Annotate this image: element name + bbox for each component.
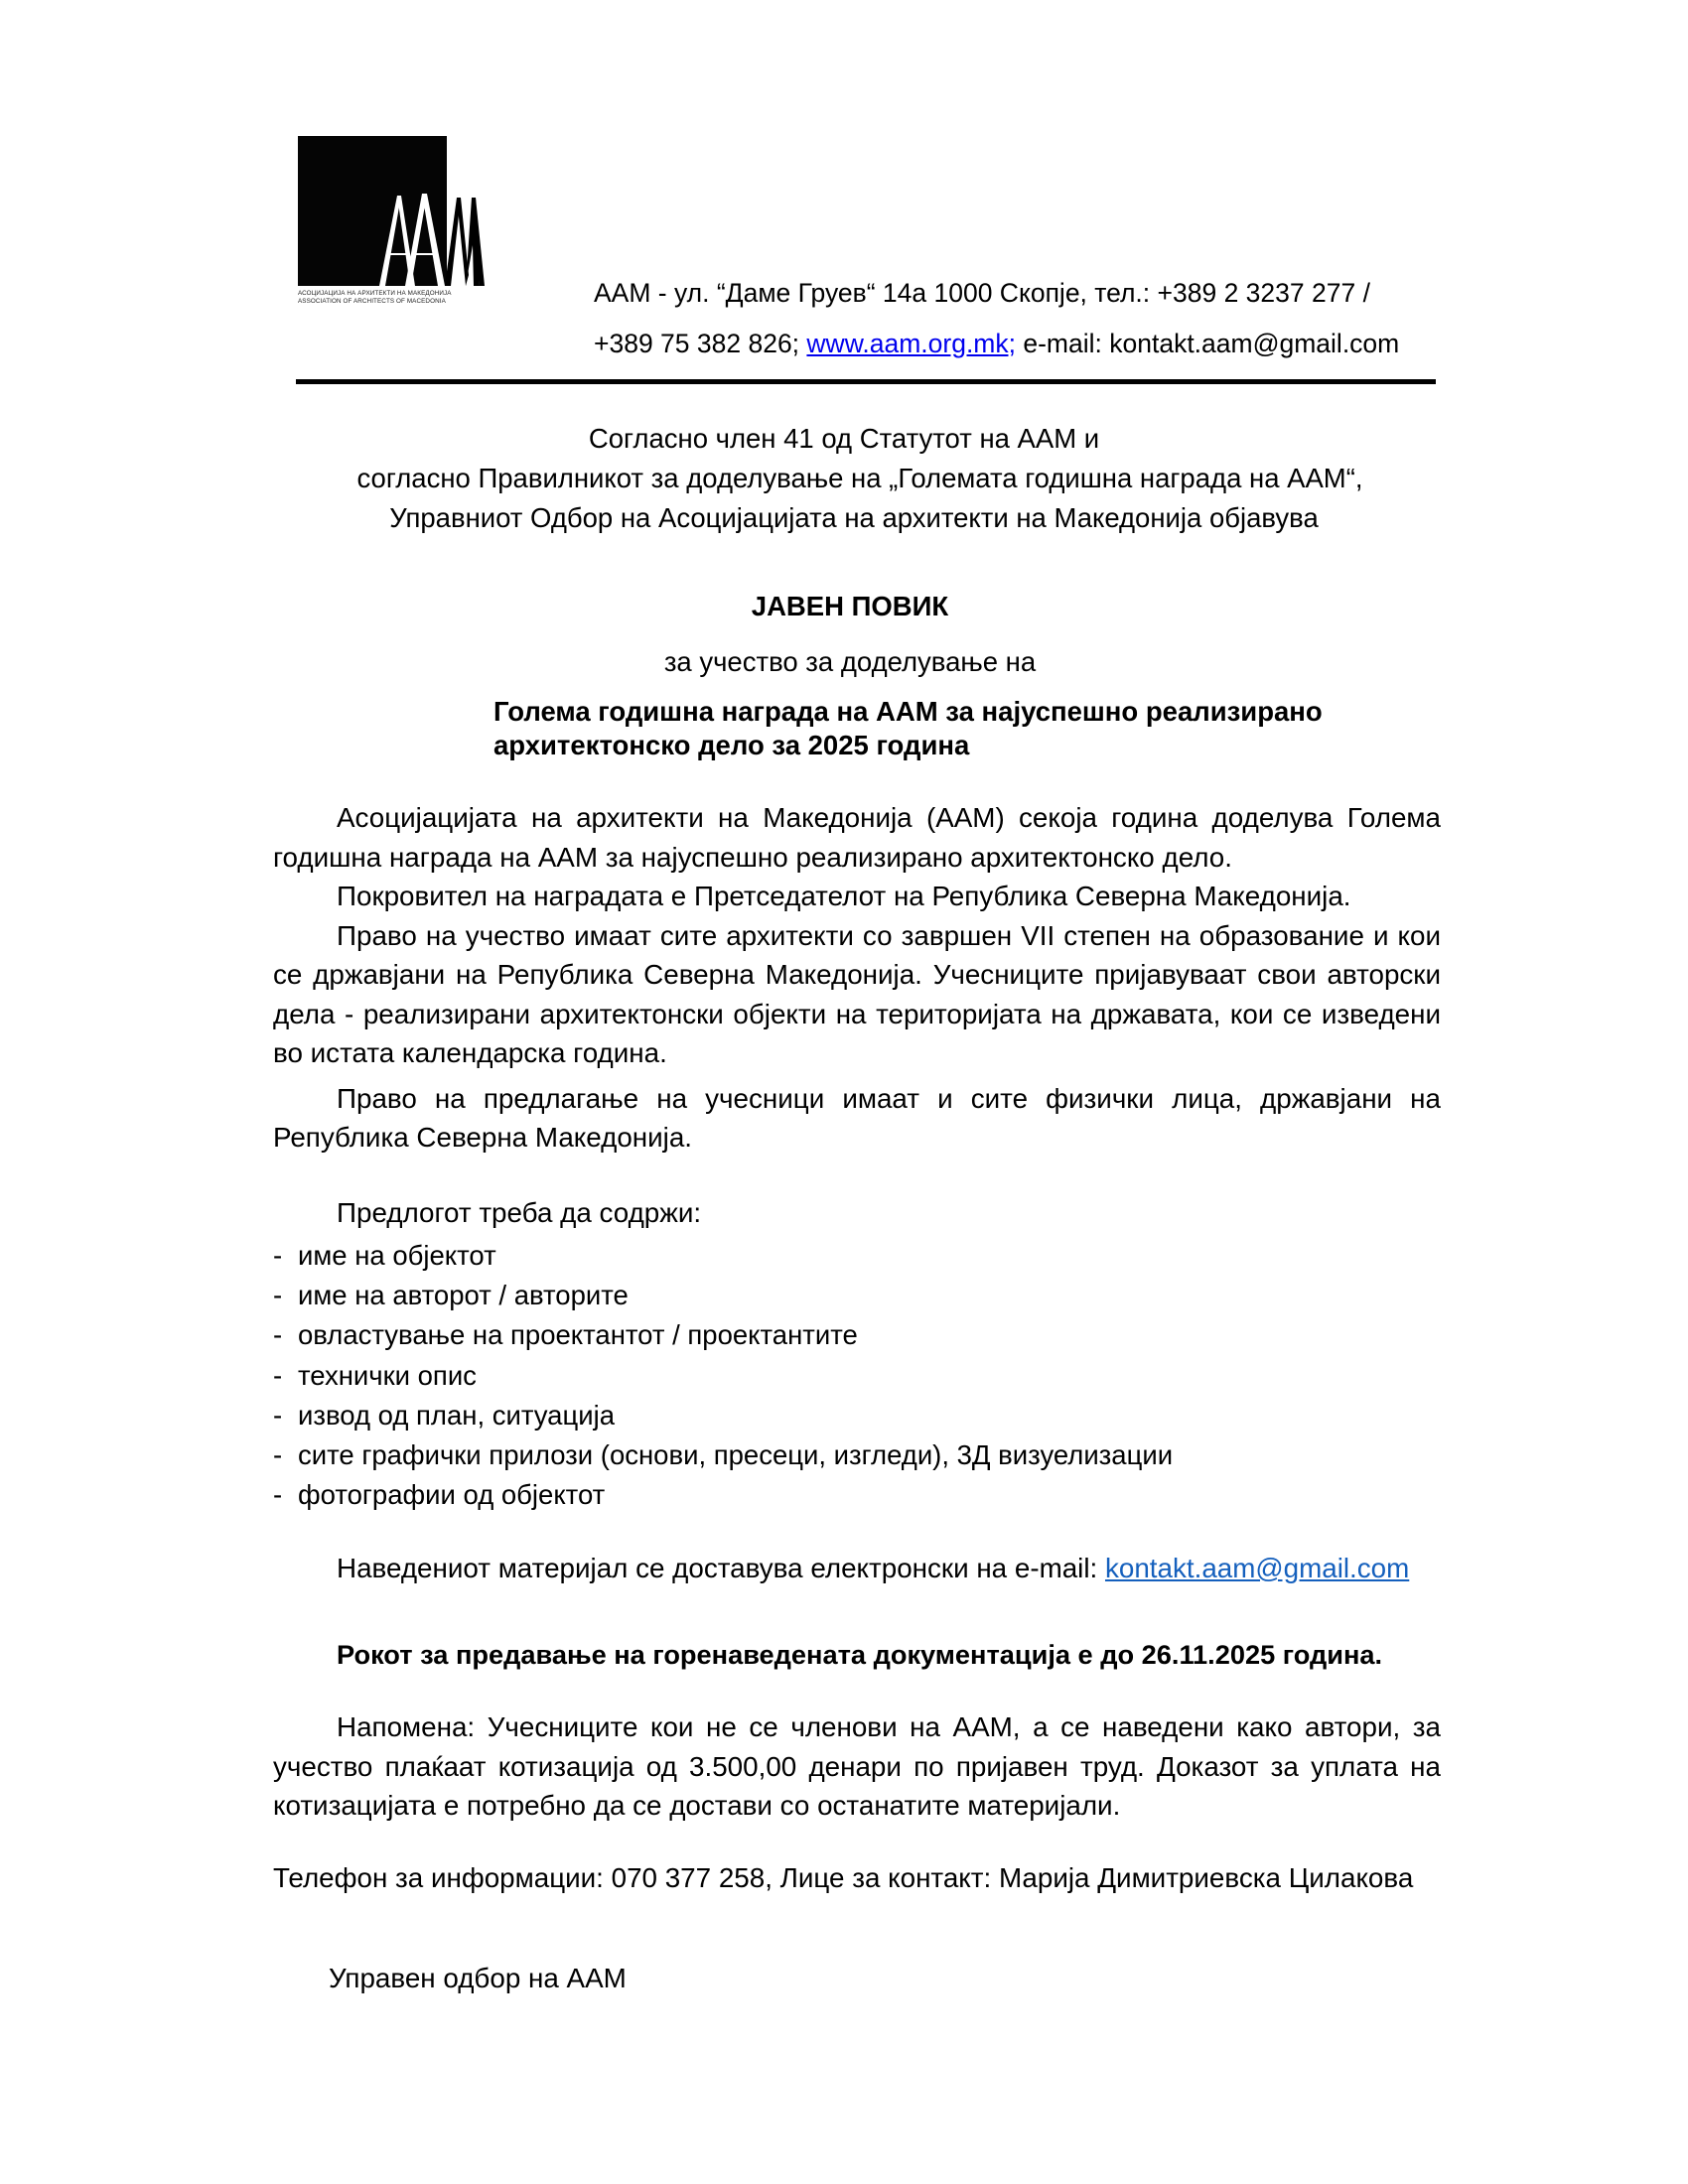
list-item: -име на објектот bbox=[273, 1236, 1173, 1276]
note-block: Напомена: Учесниците кои не се членови н… bbox=[273, 1707, 1441, 1826]
header-email: e-mail: kontakt.aam@gmail.com bbox=[1016, 329, 1399, 358]
logo-aam-letters-icon bbox=[298, 136, 487, 286]
bullet-dash: - bbox=[273, 1396, 298, 1435]
document-subheading: за учество за доделување на bbox=[6, 646, 1688, 678]
list-item-text: овластување на проектантот / проектантит… bbox=[298, 1319, 858, 1350]
proposal-requirements-list: -име на објектот -име на авторот / автор… bbox=[273, 1236, 1173, 1515]
bullet-dash: - bbox=[273, 1435, 298, 1475]
submission-email-link[interactable]: kontakt.aam@gmail.com bbox=[1105, 1553, 1409, 1583]
deadline: Рокот за предавање на горенаведената док… bbox=[337, 1639, 1382, 1671]
list-item: -сите графички прилози (основи, пресеци,… bbox=[273, 1435, 1173, 1475]
list-item: -технички опис bbox=[273, 1356, 1173, 1396]
header-phone: +389 75 382 826; bbox=[594, 329, 806, 358]
website-link[interactable]: www.aam.org.mk; bbox=[806, 329, 1016, 358]
list-item-text: фотографии од објектот bbox=[298, 1479, 605, 1510]
bullet-dash: - bbox=[273, 1236, 298, 1276]
list-item: -извод од план, ситуација bbox=[273, 1396, 1173, 1435]
contact-info: Телефон за информации: 070 377 258, Лице… bbox=[273, 1862, 1413, 1894]
list-item: -фотографии од објектот bbox=[273, 1475, 1173, 1515]
paragraph-eligibility: Право на учество имаат сите архитекти со… bbox=[273, 916, 1441, 1073]
paragraph-patron: Покровител на наградата е Претседателот … bbox=[273, 877, 1441, 916]
list-item: -овластување на проектантот / проектанти… bbox=[273, 1315, 1173, 1355]
logo-caption-mk: АСОЦИЈАЦИЈА НА АРХИТЕКТИ НА МАКЕДОНИЈА bbox=[298, 290, 452, 298]
header-divider bbox=[296, 379, 1436, 384]
logo-caption: АСОЦИЈАЦИЈА НА АРХИТЕКТИ НА МАКЕДОНИЈА A… bbox=[298, 290, 452, 305]
paragraph-about: Асоцијацијата на архитекти на Македонија… bbox=[273, 798, 1441, 877]
submission-text: Наведениот материјал се доставува електр… bbox=[337, 1553, 1105, 1583]
list-item-text: извод од план, ситуација bbox=[298, 1400, 615, 1431]
list-item-text: сите графички прилози (основи, пресеци, … bbox=[298, 1439, 1173, 1470]
bullet-dash: - bbox=[273, 1475, 298, 1515]
document-heading: ЈАВЕН ПОВИК bbox=[6, 591, 1688, 622]
aam-logo: АСОЦИЈАЦИЈА НА АРХИТЕКТИ НА МАКЕДОНИЈА A… bbox=[298, 136, 487, 305]
list-item-text: име на објектот bbox=[298, 1240, 496, 1271]
paragraph-nomination: Право на предлагање на учесници имаат и … bbox=[273, 1079, 1441, 1158]
bullet-dash: - bbox=[273, 1356, 298, 1396]
award-title-line-1: Голема годишна награда на ААМ за најуспе… bbox=[493, 696, 1323, 728]
list-item: -име на авторот / авторите bbox=[273, 1276, 1173, 1315]
list-item-text: технички опис bbox=[298, 1360, 477, 1391]
signature: Управен одбор на ААМ bbox=[329, 1963, 627, 1994]
proposal-intro: Предлогот треба да содржи: bbox=[337, 1197, 701, 1229]
intro-line-2: согласно Правилникот за доделување на „Г… bbox=[16, 463, 1688, 494]
submission-line: Наведениот материјал се доставува електр… bbox=[337, 1553, 1409, 1584]
bullet-dash: - bbox=[273, 1276, 298, 1315]
note-paragraph: Напомена: Учесниците кои не се членови н… bbox=[273, 1707, 1441, 1826]
logo-caption-en: ASSOCIATION OF ARCHITECTS OF MACEDONIA bbox=[298, 298, 452, 306]
header-contact: +389 75 382 826; www.aam.org.mk; e-mail:… bbox=[594, 329, 1399, 359]
award-title-line-2: архитектонско дело за 2025 година bbox=[493, 730, 969, 761]
list-item-text: име на авторот / авторите bbox=[298, 1280, 629, 1310]
header-address: ААМ - ул. “Даме Груев“ 14а 1000 Скопје, … bbox=[594, 278, 1370, 309]
body-paragraphs: Асоцијацијата на архитекти на Македонија… bbox=[273, 798, 1441, 1158]
intro-line-1: Согласно член 41 од Статутот на ААМ и bbox=[0, 423, 1688, 455]
bullet-dash: - bbox=[273, 1315, 298, 1355]
intro-line-3: Управниот Одбор на Асоцијацијата на архи… bbox=[10, 502, 1688, 534]
